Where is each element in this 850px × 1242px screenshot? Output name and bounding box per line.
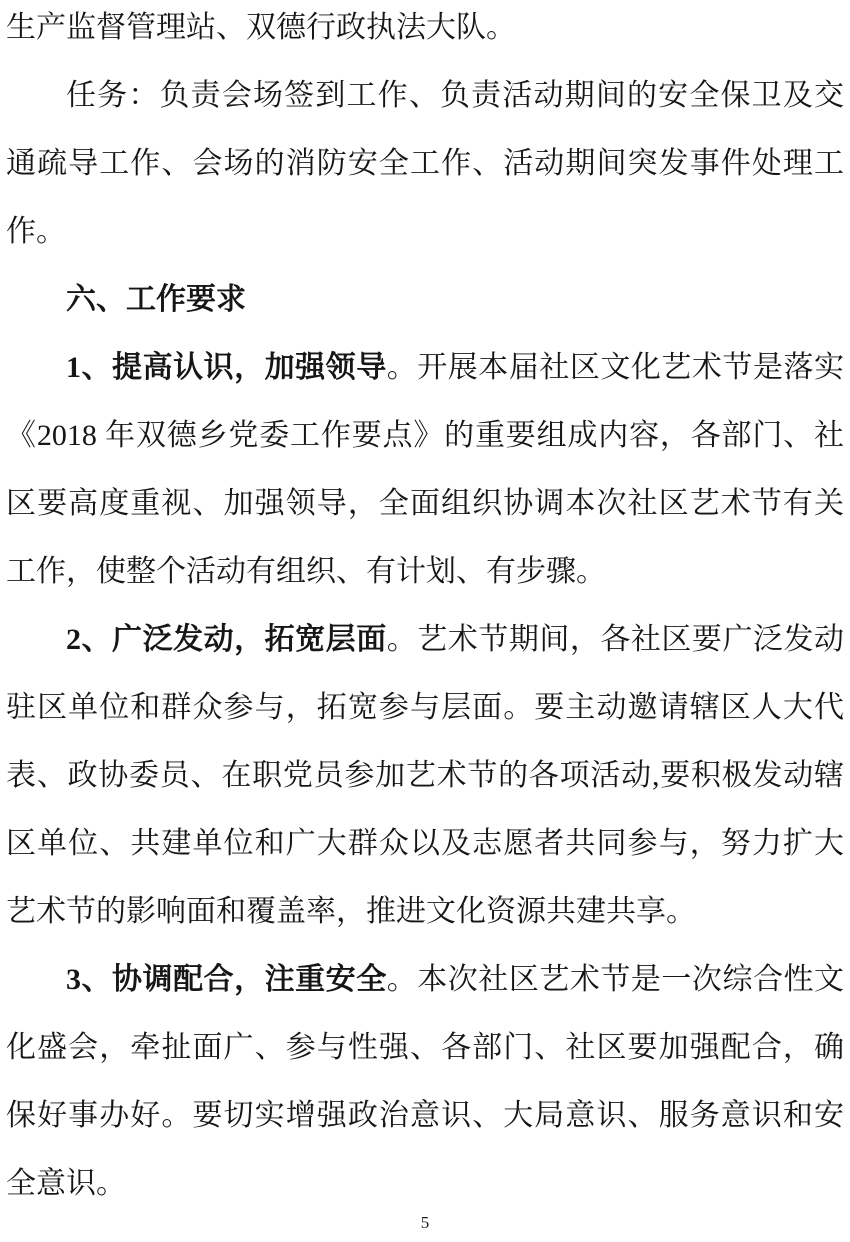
text-run: 广泛发动，拓宽层面 [112,623,387,656]
paragraph: 任务：负责会场签到工作、负责活动期间的安全保卫及交通疏导工作、会场的消防安全工作… [6,62,844,266]
text-run: 。艺术节期间，各社区要广泛发动驻区单位和群众参与，拓宽参与层面。要主动邀请辖区人… [6,623,844,928]
text-run: 1、 [66,351,112,384]
paragraph: 2、广泛发动，拓宽层面。艺术节期间，各社区要广泛发动驻区单位和群众参与，拓宽参与… [6,606,844,946]
text-run: 。开展本届社区文化艺术节是落实《2018 年双德乡党委工作要点》的重要组成内容，… [6,351,844,588]
text-run: 提高认识，加强领导 [112,351,387,384]
text-run: 2、 [66,623,112,656]
text-run: 。本次社区艺术节是一次综合性文化盛会，牵扯面广、参与性强、各部门、社区要加强配合… [6,963,844,1200]
text-run: 协调配合，注重安全 [112,963,387,996]
text-run: 六、工作要求 [66,283,246,316]
paragraph: 1、提高认识，加强领导。开展本届社区文化艺术节是落实《2018 年双德乡党委工作… [6,334,844,606]
document-page: { "page": { "background_color": "#ffffff… [0,0,850,1242]
text-run: 任务：负责会场签到工作、负责活动期间的安全保卫及交通疏导工作、会场的消防安全工作… [6,79,844,248]
paragraph: 生产监督管理站、双德行政执法大队。 [6,0,844,62]
paragraph: 3、协调配合，注重安全。本次社区艺术节是一次综合性文化盛会，牵扯面广、参与性强、… [6,946,844,1218]
text-run: 生产监督管理站、双德行政执法大队。 [6,11,516,44]
document-body: 生产监督管理站、双德行政执法大队。任务：负责会场签到工作、负责活动期间的安全保卫… [0,0,850,1218]
page-number: 5 [0,1212,850,1234]
text-run: 3、 [66,963,112,996]
section-heading: 六、工作要求 [6,266,844,334]
